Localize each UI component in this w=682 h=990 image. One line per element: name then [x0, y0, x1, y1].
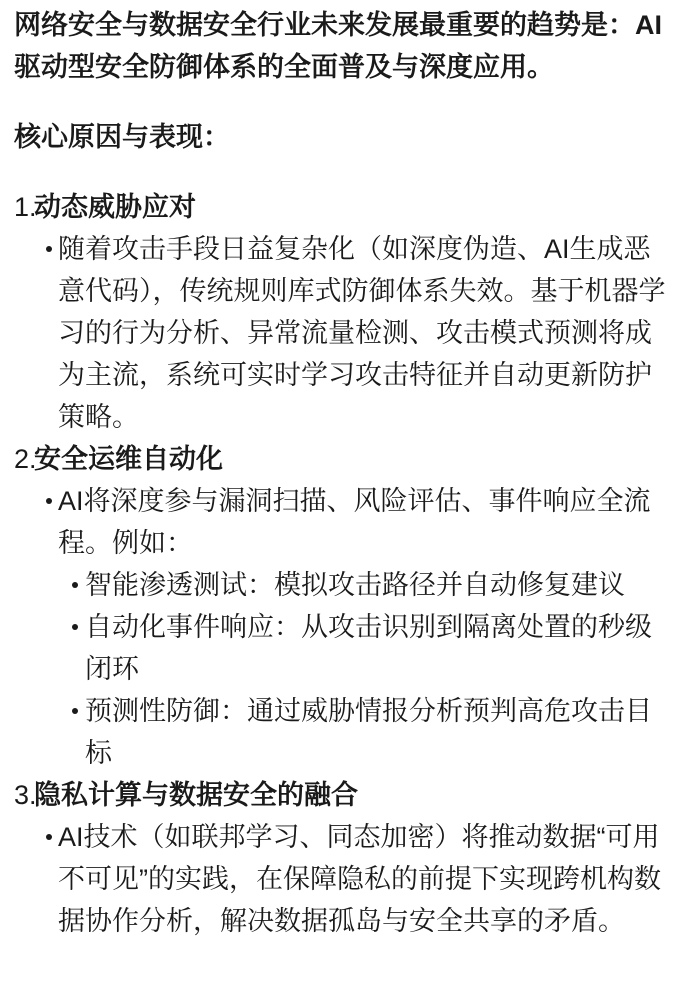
bullet-icon	[72, 564, 85, 588]
sub-bullet-text: 预测性防御：通过威胁情报分析预判高危攻击目标	[85, 690, 668, 774]
list-item-title: 动态威胁应对	[34, 186, 668, 228]
bullet-row: AI技术（如联邦学习、同态加密）将推动数据“可用不可见”的实践，在保障隐私的前提…	[34, 816, 668, 942]
bullet-text: AI技术（如联邦学习、同态加密）将推动数据“可用不可见”的实践，在保障隐私的前提…	[58, 816, 668, 942]
bullet-text: AI将深度参与漏洞扫描、风险评估、事件响应全流程。例如：	[58, 480, 668, 564]
bullet-icon	[46, 480, 58, 504]
list-number: 1.	[14, 186, 34, 228]
bullet-row: AI将深度参与漏洞扫描、风险评估、事件响应全流程。例如：	[34, 480, 668, 564]
bullet-icon	[72, 606, 85, 630]
subheading: 核心原因与表现：	[14, 116, 668, 158]
sub-bullet-row: 预测性防御：通过威胁情报分析预判高危攻击目标	[34, 690, 668, 774]
sub-bullet-text: 自动化事件响应：从攻击识别到隔离处置的秒级闭环	[85, 606, 668, 690]
list-item-body: 隐私计算与数据安全的融合 AI技术（如联邦学习、同态加密）将推动数据“可用不可见…	[34, 774, 668, 942]
bullet-row: 随着攻击手段日益复杂化（如深度伪造、AI生成恶意代码），传统规则库式防御体系失效…	[34, 228, 668, 438]
list-item-title: 隐私计算与数据安全的融合	[34, 774, 668, 816]
list-item-1: 1. 动态威胁应对 随着攻击手段日益复杂化（如深度伪造、AI生成恶意代码），传统…	[14, 186, 668, 438]
bullet-icon	[46, 816, 58, 840]
bullet-icon	[72, 690, 85, 714]
list-item-body: 动态威胁应对 随着攻击手段日益复杂化（如深度伪造、AI生成恶意代码），传统规则库…	[34, 186, 668, 438]
sub-bullet-row: 自动化事件响应：从攻击识别到隔离处置的秒级闭环	[34, 606, 668, 690]
intro-paragraph: 网络安全与数据安全行业未来发展最重要的趋势是：AI驱动型安全防御体系的全面普及与…	[14, 4, 668, 88]
list-item-title: 安全运维自动化	[34, 438, 668, 480]
list-number: 2.	[14, 438, 34, 480]
list-number: 3.	[14, 774, 34, 816]
list-item-3: 3. 隐私计算与数据安全的融合 AI技术（如联邦学习、同态加密）将推动数据“可用…	[14, 774, 668, 942]
bullet-text: 随着攻击手段日益复杂化（如深度伪造、AI生成恶意代码），传统规则库式防御体系失效…	[58, 228, 668, 438]
sub-bullet-row: 智能渗透测试：模拟攻击路径并自动修复建议	[34, 564, 668, 606]
document: 网络安全与数据安全行业未来发展最重要的趋势是：AI驱动型安全防御体系的全面普及与…	[0, 0, 682, 942]
list-item-body: 安全运维自动化 AI将深度参与漏洞扫描、风险评估、事件响应全流程。例如： 智能渗…	[34, 438, 668, 774]
bullet-icon	[46, 228, 58, 252]
sub-bullet-text: 智能渗透测试：模拟攻击路径并自动修复建议	[85, 564, 668, 606]
ordered-list: 1. 动态威胁应对 随着攻击手段日益复杂化（如深度伪造、AI生成恶意代码），传统…	[14, 186, 668, 942]
list-item-2: 2. 安全运维自动化 AI将深度参与漏洞扫描、风险评估、事件响应全流程。例如： …	[14, 438, 668, 774]
